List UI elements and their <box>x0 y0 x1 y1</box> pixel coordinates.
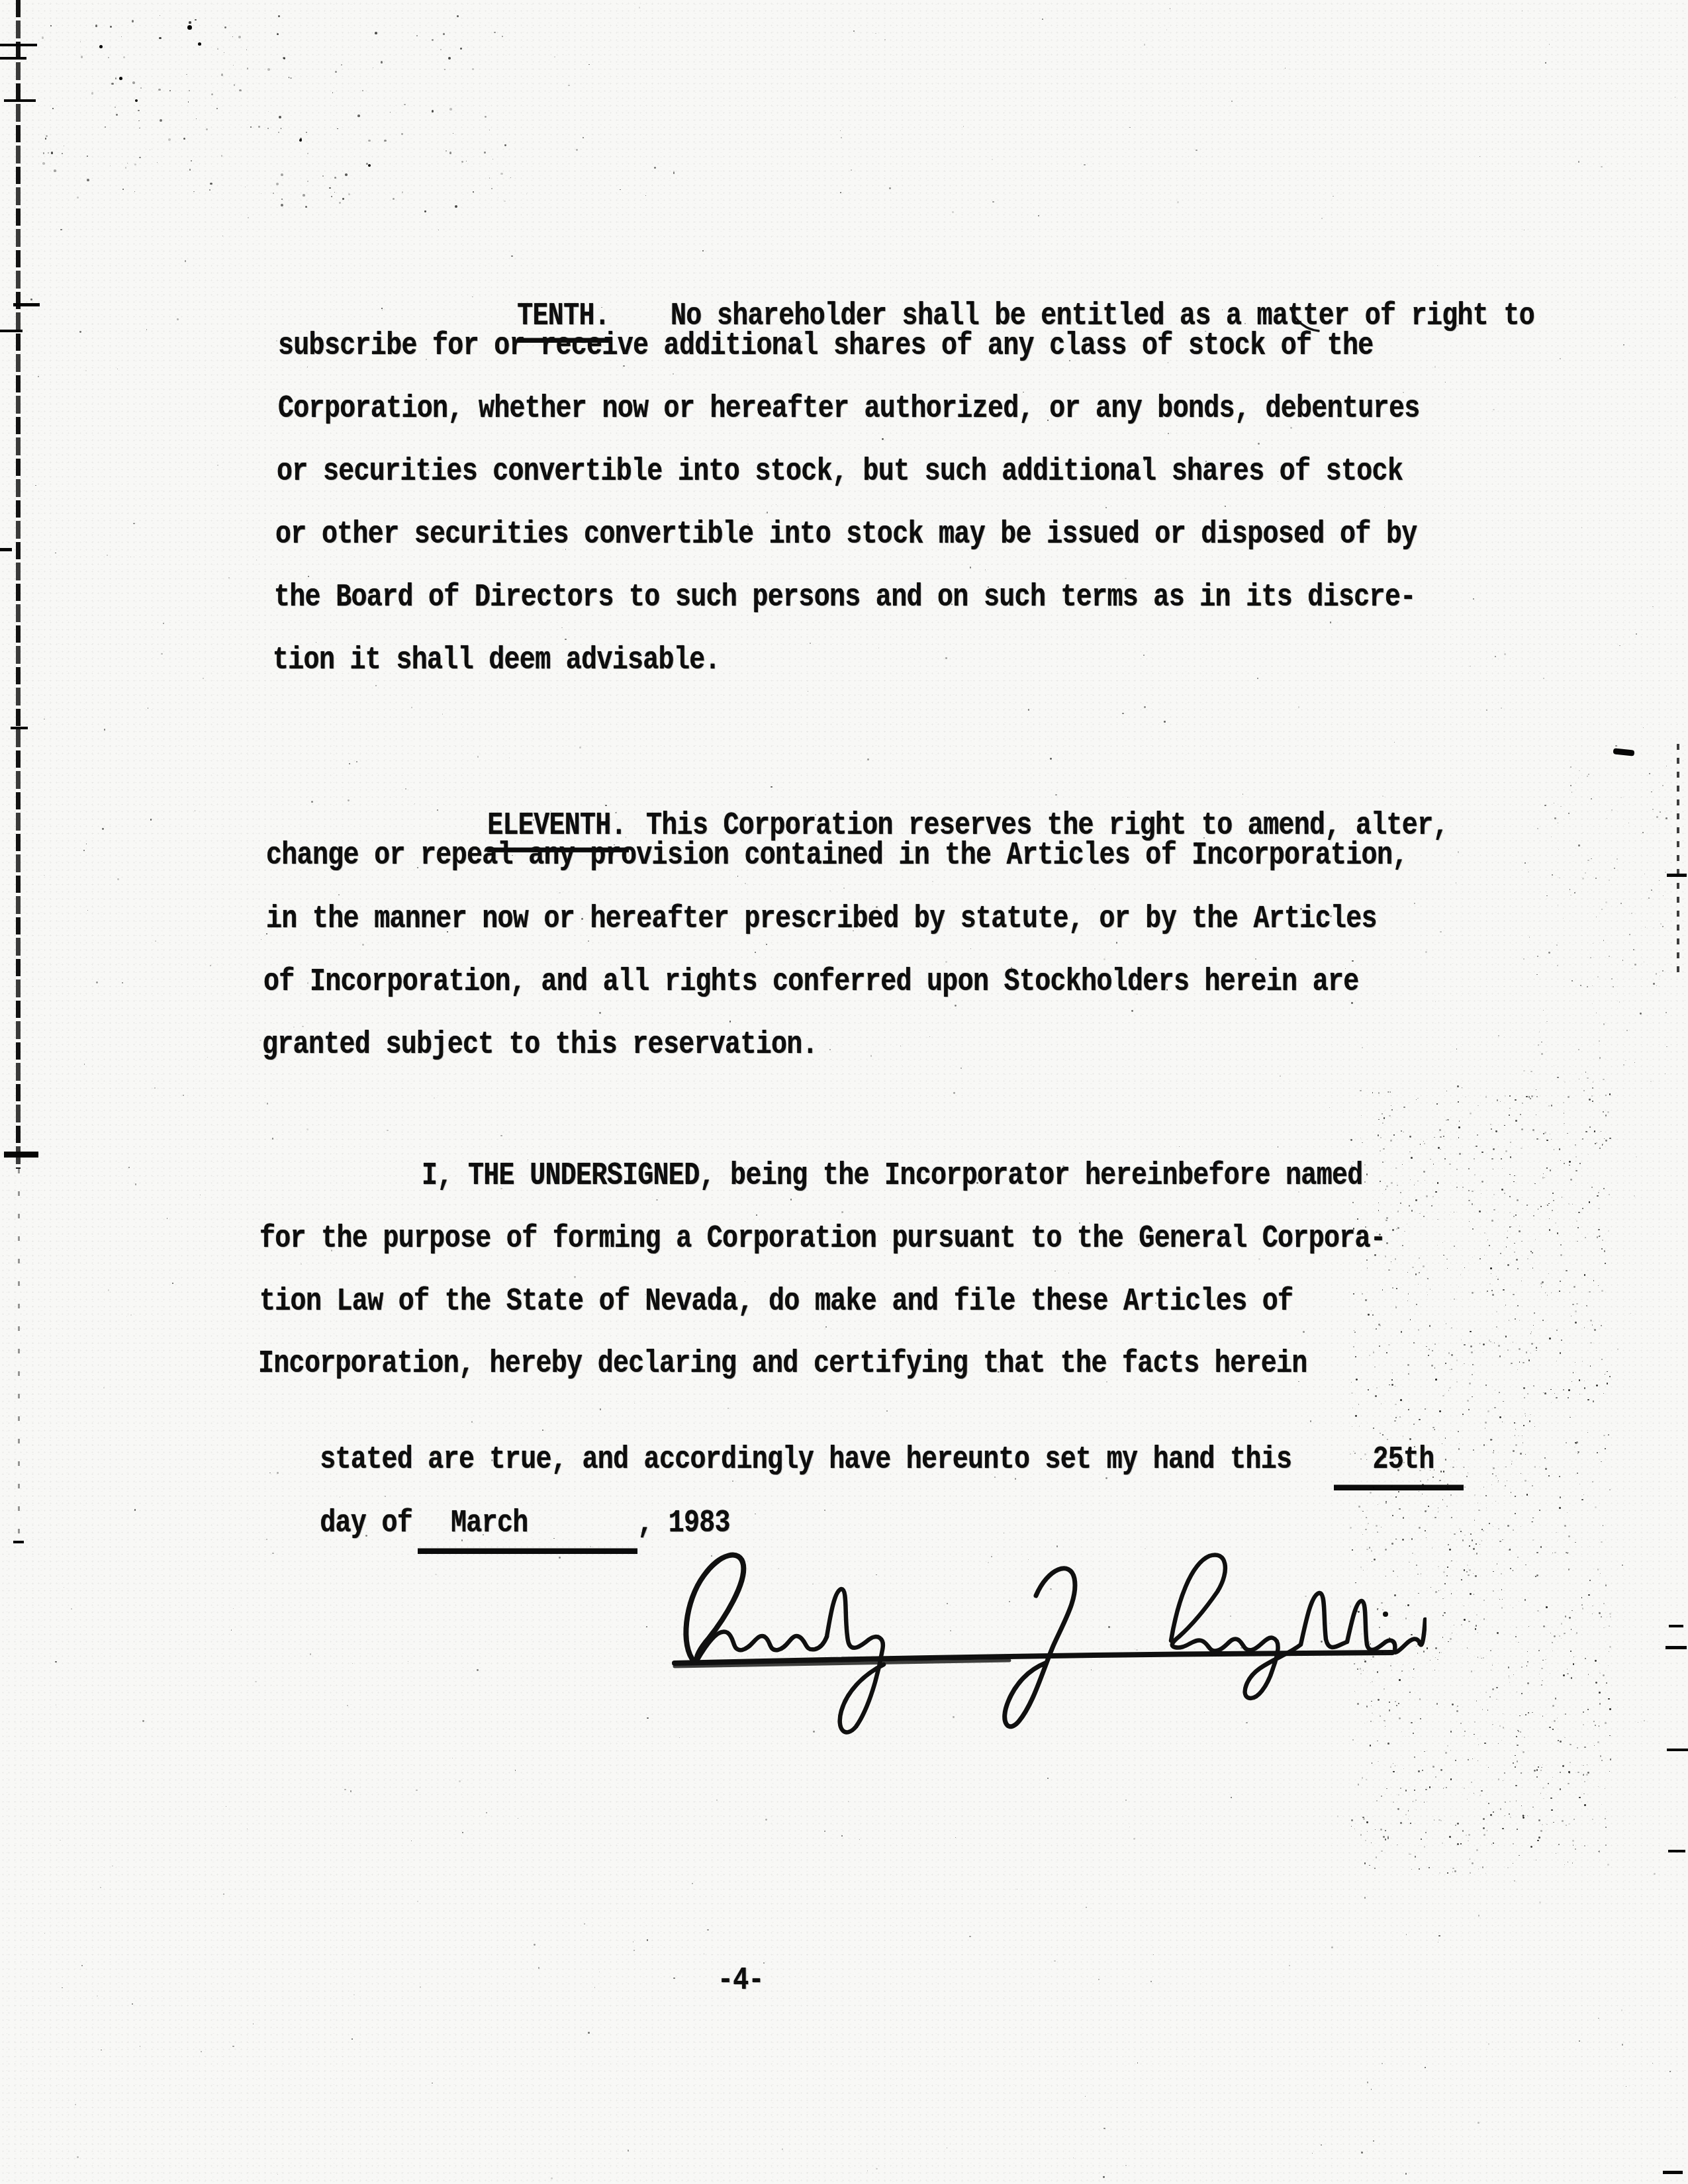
scan-tick <box>0 548 12 551</box>
document-line: tion Law of the State of Nevada, do make… <box>259 1285 1293 1319</box>
document-line: or other securities convertible into sto… <box>275 518 1417 552</box>
document-line: granted subject to this reservation. <box>262 1028 818 1062</box>
scan-smudge <box>1613 748 1635 756</box>
attestation-first-line: I, THE UNDERSIGNED, being the Incorporat… <box>422 1160 1363 1193</box>
scan-tick <box>0 44 37 46</box>
scan-tick <box>13 303 40 306</box>
document-line: or securities convertible into stock, bu… <box>277 455 1403 489</box>
scan-tick <box>4 1152 38 1158</box>
scan-tick <box>0 330 23 332</box>
ink-speck <box>119 77 122 80</box>
scan-dash <box>1667 874 1687 877</box>
month-year-line: day ofMarch, 1983 <box>258 1473 730 1588</box>
ink-speck <box>135 99 138 102</box>
month-value: March <box>451 1506 528 1542</box>
scan-edge-artifact-left-faint <box>18 1169 20 1539</box>
document-line: Incorporation, hereby declaring and cert… <box>258 1347 1307 1381</box>
incorporator-signature <box>665 1514 1427 1742</box>
scan-tick <box>0 57 26 60</box>
scan-dash <box>1668 1850 1685 1852</box>
ink-speck <box>99 45 103 48</box>
ink-speck <box>187 25 192 30</box>
scan-edge-artifact-left <box>16 0 21 1169</box>
document-line: tion it shall deem advisable. <box>273 644 720 678</box>
scan-dash <box>1667 1749 1688 1751</box>
document-line: in the manner now or hereafter prescribe… <box>266 903 1377 936</box>
ink-speck <box>198 42 201 46</box>
scan-dash <box>1665 1646 1687 1649</box>
day-value: 25th <box>1372 1442 1434 1479</box>
document-line: subscribe for or receive additional shar… <box>278 330 1374 363</box>
page-number: -4- <box>718 1964 764 1998</box>
page: TENTH.No shareholder shall be entitled a… <box>0 0 1688 2184</box>
document-line: for the purpose of forming a Corporation… <box>259 1222 1385 1256</box>
scan-edge-artifact-right <box>1677 744 1679 976</box>
document-line: the Board of Directors to such persons a… <box>274 581 1416 615</box>
document-line: change or repeal any provision contained… <box>266 839 1408 873</box>
ink-speck <box>368 164 371 167</box>
scan-tick <box>13 1541 24 1543</box>
scan-dash <box>1663 2171 1683 2174</box>
document-line: Corporation, whether now or hereafter au… <box>278 392 1420 426</box>
month-fill-blank: March <box>418 1507 637 1554</box>
scan-tick <box>4 99 36 102</box>
document-line: of Incorporation, and all rights conferr… <box>263 966 1359 999</box>
scan-dash <box>1669 1625 1683 1627</box>
scan-tick <box>11 727 28 729</box>
